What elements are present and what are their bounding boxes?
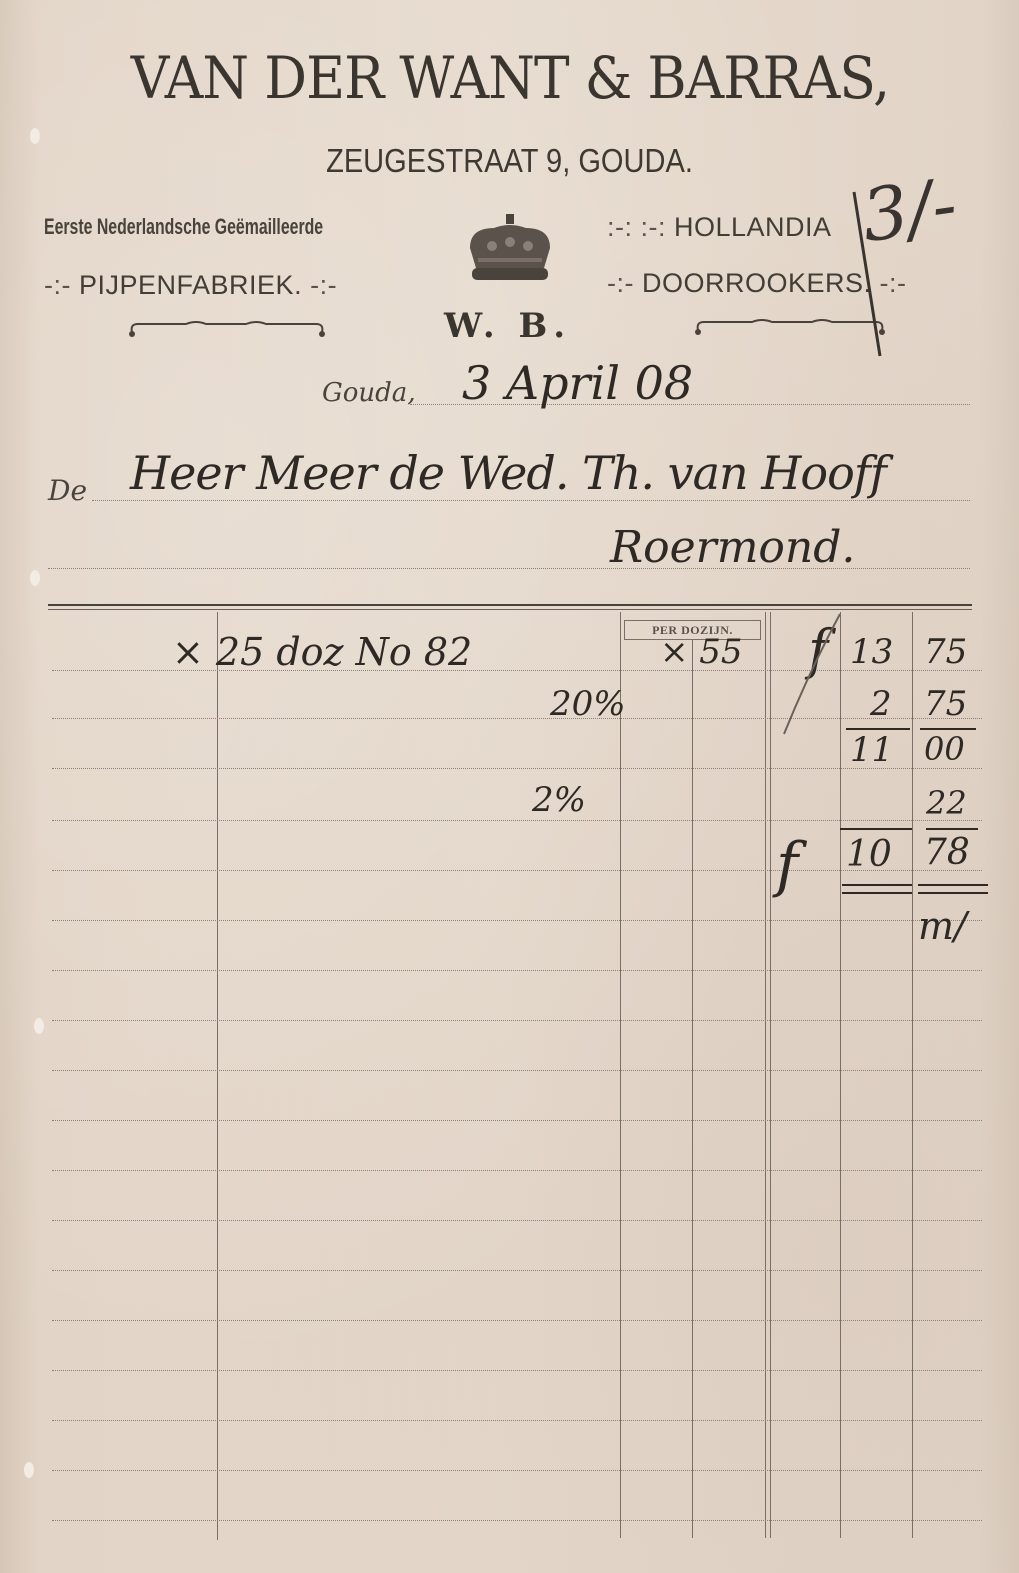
place-label: Gouda, [322, 378, 416, 408]
row-line [52, 1320, 982, 1321]
line-item-cents: 75 [924, 632, 967, 672]
company-address: ZEUGESTRAAT 9, GOUDA. [61, 142, 958, 180]
punch-mark [34, 1018, 44, 1034]
addressee-prefix: De [48, 474, 87, 507]
row-line [52, 920, 982, 921]
line-item-description: × 25 doz No 82 [172, 630, 472, 674]
total-double-rule [842, 892, 912, 894]
line-item-cents: 75 [924, 684, 967, 724]
initials: m/ [918, 904, 967, 948]
punch-mark [30, 128, 40, 144]
punch-mark [30, 570, 40, 586]
total-double-rule [918, 892, 988, 894]
subtotal-rule [840, 828, 912, 830]
row-line [52, 820, 982, 821]
annotation-stroke-icon [850, 190, 890, 360]
row-line [52, 1470, 982, 1471]
row-line [52, 1270, 982, 1271]
line-item-description: 2% [532, 780, 586, 820]
monogram: W. B. [444, 306, 571, 346]
row-line [52, 768, 982, 769]
left-tagline-2: -:- PIJPENFABRIEK. -:- [44, 270, 337, 301]
punch-mark [24, 1462, 34, 1478]
date-value: 3 April 08 [462, 356, 693, 410]
line-item-guilders: 13 [850, 632, 893, 672]
table-top-rule [48, 604, 972, 606]
total-double-rule [842, 884, 912, 886]
row-line [52, 970, 982, 971]
pencil-stroke-icon [770, 610, 850, 740]
total-guilders: 10 [846, 834, 892, 875]
column-divider [840, 612, 841, 1538]
company-name: VAN DER WANT & BARRAS, [78, 44, 943, 112]
row-line [52, 1070, 982, 1071]
left-tagline-1: Eerste Nederlandsche Geëmailleerde [44, 214, 323, 240]
row-line [52, 1370, 982, 1371]
deco-separator: -:- [607, 268, 634, 298]
right-tagline-1: :-: :-: HOLLANDIA [607, 212, 832, 243]
line-item-price: × 55 [660, 632, 743, 672]
line-item-cents: 22 [926, 784, 967, 822]
line-item-guilders: 2 [870, 684, 892, 724]
crown-icon [464, 212, 556, 288]
flourish-left-icon [126, 318, 328, 342]
column-divider [912, 612, 913, 1538]
row-line [52, 1170, 982, 1171]
row-line [52, 1220, 982, 1221]
total-cents: 78 [924, 832, 970, 873]
addressee-city: Roermond. [610, 522, 855, 573]
addressee-name: Heer Meer de Wed. Th. van Hooff [130, 446, 886, 500]
right-tagline-2-text: DOORROOKERS. [642, 268, 872, 298]
column-divider [692, 640, 693, 1538]
line-item-guilders: 11 [850, 730, 893, 770]
column-divider [770, 612, 771, 1538]
row-line [52, 1420, 982, 1421]
row-line [52, 870, 982, 871]
total-double-rule [918, 884, 988, 886]
addressee-line [92, 500, 970, 501]
column-divider [620, 612, 621, 1538]
row-line [52, 1520, 982, 1521]
line-item-cents: 00 [924, 730, 965, 768]
line-item-description: 20% [550, 684, 626, 724]
right-tagline-1-text: HOLLANDIA [674, 212, 832, 242]
deco-separator: -:- [310, 270, 337, 300]
total-currency: f [776, 830, 798, 900]
column-divider [217, 612, 218, 1540]
deco-separator-double: :-: :-: [607, 212, 666, 242]
column-divider [765, 612, 766, 1538]
left-tagline-2-text: PIJPENFABRIEK. [79, 270, 302, 300]
row-line [52, 1120, 982, 1121]
subtotal-rule [926, 828, 978, 830]
row-line [52, 1020, 982, 1021]
deco-separator: -:- [44, 270, 71, 300]
